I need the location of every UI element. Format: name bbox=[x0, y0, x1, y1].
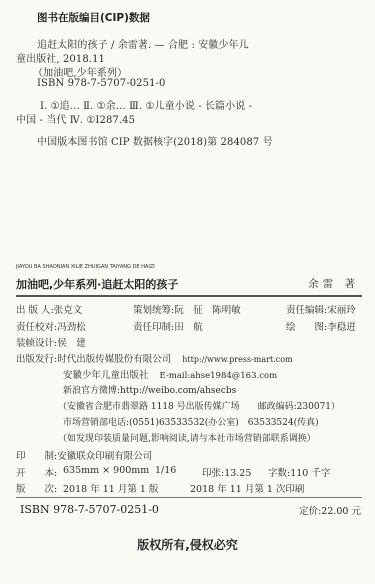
phone-line: 市场营销部电话:(0551)63533532(办公室) 63533524(传真) bbox=[63, 415, 319, 428]
footer-rule bbox=[16, 497, 362, 498]
series-pinyin: JIAYOU BA SHAONIAN XILIE ZHUIGAN TAIYANG… bbox=[16, 264, 155, 270]
publisher-email: E-mail:ahse1984@163.com bbox=[160, 371, 278, 381]
isbn: ISBN 978-7-5707-0251-0 bbox=[20, 503, 159, 516]
weibo-line: 新浪官方微博:http://weibo.com/ahsecbs bbox=[63, 383, 236, 396]
copyright-notice: 版权所有,侵权必究 bbox=[0, 536, 375, 553]
credit-publisher-person: 出 版 人:张克文 bbox=[16, 302, 82, 316]
format-fraction: 1/16 bbox=[155, 465, 176, 476]
cip-verification-number: 中国版本图书馆 CIP 数据核字(2018)第 284087 号 bbox=[37, 133, 273, 148]
distribution-company: 时代出版传媒股份有限公司 bbox=[57, 354, 171, 365]
author: 余雷 著 bbox=[308, 276, 359, 291]
cip-heading: 图书在版编目(CIP)数据 bbox=[37, 10, 150, 25]
edition-label: 版 次: bbox=[16, 481, 57, 495]
credit-planner: 策划统筹:阮 征 陈明敏 bbox=[133, 302, 241, 316]
cip-title-line: 追赶太阳的孩子 / 余雷著. — 合肥 : 安徽少年儿 bbox=[37, 36, 249, 51]
distribution-row: 出版发行:时代出版传媒股份有限公司 http://www.press-mart.… bbox=[16, 351, 293, 365]
edition-value: 2018 年 11 月第 1 版 bbox=[63, 481, 158, 495]
word-count: 字数:110 千字 bbox=[268, 465, 330, 479]
publisher-row: 安徽少年儿童出版社 E-mail:ahse1984@163.com bbox=[63, 367, 277, 381]
cip-publisher-line: 童出版社, 2018.11 bbox=[16, 50, 105, 65]
credit-editor: 责任编辑:宋丽玲 bbox=[286, 302, 356, 316]
distribution-label: 出版发行: bbox=[16, 354, 57, 365]
address-line: （安徽省合肥市翡翠路 1118 号出版传媒广场 邮政编码:230071） bbox=[58, 399, 340, 412]
printed-sheets: 印张:13.25 bbox=[202, 465, 251, 479]
header-rule bbox=[16, 295, 362, 297]
cip-isbn-line: ISBN 978-7-5707-0251-0 bbox=[37, 78, 166, 89]
printer-row: 印 制:安徽联众印刷有限公司 bbox=[16, 448, 152, 462]
credit-proofreader: 责任校对:冯劲松 bbox=[16, 319, 86, 333]
impression-value: 2018 年 11 月第 1 次印刷 bbox=[190, 481, 304, 495]
credit-illustrator: 绘 图:李稳进 bbox=[286, 319, 356, 333]
price: 定价:22.00 元 bbox=[299, 503, 361, 517]
credit-print-supervisor: 责任印制:田 航 bbox=[133, 319, 203, 333]
cip-series-line: （加油吧,少年系列） bbox=[33, 64, 127, 79]
printer-name: 安徽联众印刷有限公司 bbox=[57, 451, 152, 462]
company-url: http://www.press-mart.com bbox=[182, 355, 292, 364]
format-value: 635mm × 900mm bbox=[63, 465, 149, 476]
credit-binding-design: 装帧设计:侯 建 bbox=[16, 335, 86, 349]
notice-line: （如发现印装质量问题,影响阅读,请与本社市场营销部联系调换） bbox=[58, 431, 316, 444]
series-title: 加油吧,少年系列·追赶太阳的孩子 bbox=[16, 276, 178, 292]
cip-classification-line-2: 中国 - 当代 Ⅳ. ①I287.45 bbox=[16, 111, 135, 126]
cip-classification-line: Ⅰ. ①追… Ⅱ. ①余… Ⅲ. ①儿童小说 - 长篇小说 - bbox=[40, 97, 252, 112]
format-label: 开 本: bbox=[16, 465, 57, 479]
publisher-name: 安徽少年儿童出版社 bbox=[63, 370, 149, 381]
printer-label: 印 制: bbox=[16, 451, 57, 462]
